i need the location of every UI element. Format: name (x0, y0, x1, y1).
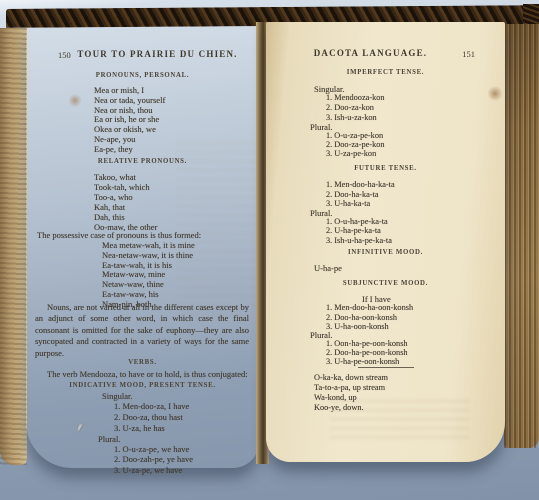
conjugation-line: 2. Doo-za-pe-kon (326, 140, 385, 149)
heading-future-tense: FUTURE TENSE. (266, 165, 505, 172)
conjugation-line: 3. U-ha-pe-oon-konsh (326, 357, 408, 366)
conjugation-line: 1. Mendooza-kon (326, 93, 385, 103)
heading-indicative-mood: INDICATIVE MOOD, PRESENT TENSE. (26, 382, 259, 389)
section-rule (358, 367, 414, 368)
heading-subjunctive-mood: SUBJUNCTIVE MOOD. (266, 280, 505, 287)
heading-relative-pronouns: RELATIVE PRONOUNS. (26, 158, 259, 165)
relative-pronouns-list: Takoo, what Took-tah, which Too-a, who K… (94, 172, 157, 233)
conjugation-line: 1. O-u-ha-pe-ka-ta (326, 217, 392, 226)
conjugation-line: 3. U-za-pe, we have (114, 465, 193, 475)
subjunctive-plural-list: 1. Oon-ha-pe-oon-konsh 2. Doo-ha-pe-oon-… (326, 339, 408, 367)
entry-line: Kah, that (94, 202, 157, 212)
conjugation-line: 2. Doo-ha-ka-ta (326, 190, 395, 200)
infinitive-form: U-ha-pe (314, 263, 342, 273)
heading-verbs: VERBS. (26, 359, 259, 366)
entry-line: Too-a, who (94, 192, 157, 202)
left-page: 150 TOUR TO PRAIRIE DU CHIEN. PRONOUNS, … (26, 22, 259, 468)
stain-spot (487, 86, 503, 101)
heading-imperfect-tense: IMPERFECT TENSE. (266, 69, 505, 76)
heading-pronouns-personal: PRONOUNS, PERSONAL. (26, 72, 259, 79)
stain-spot (68, 94, 82, 107)
entry-line: Koo-ye, down. (314, 403, 388, 413)
book-photo: 150 TOUR TO PRAIRIE DU CHIEN. PRONOUNS, … (0, 0, 539, 500)
left-running-title: TOUR TO PRAIRIE DU CHIEN. (66, 49, 249, 59)
imperfect-singular-list: 1. Mendooza-kon 2. Doo-za-kon 3. Ish-u-z… (326, 93, 385, 122)
right-running-title-text: DACOTA LANGUAGE. (276, 48, 465, 58)
entry-line: Took-tah, which (94, 182, 157, 192)
entry-line: O-ka-ka, down stream (314, 373, 388, 383)
imperfect-plural-list: 1. O-u-za-pe-kon 2. Doo-za-pe-kon 3. U-z… (326, 131, 385, 159)
possessive-intro: The possessive case of pronouns is thus … (37, 230, 201, 240)
personal-pronouns-list: Mea or mish, I Nea or tada, yourself Nea… (94, 86, 165, 155)
right-page: DACOTA LANGUAGE. 151 IMPERFECT TENSE. Si… (266, 22, 505, 462)
conjugation-line: 1. O-u-za-pe-kon (326, 131, 385, 140)
conjugation-line: 3. Ish-u-za-kon (326, 113, 385, 123)
heading-infinitive-mood: INFINITIVE MOOD. (266, 249, 505, 256)
conjugation-line: 1. Men-doo-za, I have (114, 401, 189, 412)
possessive-list: Mea metaw-wah, it is mine Nea-netaw-waw,… (102, 241, 195, 310)
conjugation-line: 1. Men-doo-ha-ka-ta (326, 180, 395, 190)
entry-line: Wa-kond, up (314, 393, 388, 403)
left-page-stack-edge (0, 28, 27, 465)
verbs-intro: The verb Mendooza, to have or to hold, i… (35, 369, 248, 379)
entry-line: Ea-pe, they (94, 145, 165, 155)
right-running-title: DACOTA LANGUAGE. (276, 48, 465, 58)
right-fore-edge (504, 24, 539, 448)
entry-line: Dah, this (94, 212, 157, 222)
indicative-plural-list: 1. O-u-za-pe, we have 2. Doo-zah-pe, ye … (114, 444, 193, 475)
conjugation-line: 3. U-za-pe-kon (326, 149, 385, 158)
subjunctive-singular-list: 1. Men-doo-ha-oon-konsh 2. Doo-ha-oon-ko… (326, 303, 413, 332)
conjugation-line: 3. U-ha-ka-ta (326, 199, 395, 209)
future-singular-list: 1. Men-doo-ha-ka-ta 2. Doo-ha-ka-ta 3. U… (326, 180, 395, 209)
entry-line: Takoo, what (94, 172, 157, 182)
conjugation-line: 3. U-ha-oon-konsh (326, 322, 413, 332)
conjugation-line: 2. U-ha-pe-ka-ta (326, 226, 392, 235)
conjugation-line: 2. Doo-za, thou hast (114, 412, 189, 423)
right-page-number: 151 (462, 49, 475, 59)
conjugation-line: 2. Doo-ha-oon-konsh (326, 313, 413, 323)
left-running-title-text: TOUR TO PRAIRIE DU CHIEN. (66, 49, 249, 59)
conjugation-line: 1. O-u-za-pe, we have (114, 444, 193, 454)
conjugation-line: 2. Doo-ha-pe-oon-konsh (326, 348, 408, 357)
conjugation-line: 3. Ish-u-ha-pe-ka-ta (326, 236, 392, 245)
singular-label: Singular. (102, 391, 132, 401)
conjugation-line: 1. Oon-ha-pe-oon-konsh (326, 339, 408, 348)
conjugation-line: 2. Doo-za-kon (326, 103, 385, 113)
future-plural-list: 1. O-u-ha-pe-ka-ta 2. U-ha-pe-ka-ta 3. I… (326, 217, 392, 245)
nouns-paragraph: Nouns, are not varied at all in the diff… (35, 302, 249, 359)
direction-terms-list: O-ka-ka, down stream Ta-to-a-pa, up stre… (314, 373, 388, 413)
conjugation-line: 1. Men-doo-ha-oon-konsh (326, 303, 413, 313)
entry-line: Ta-to-a-pa, up stream (314, 383, 388, 393)
conjugation-line: 2. Doo-zah-pe, ye have (114, 454, 193, 464)
